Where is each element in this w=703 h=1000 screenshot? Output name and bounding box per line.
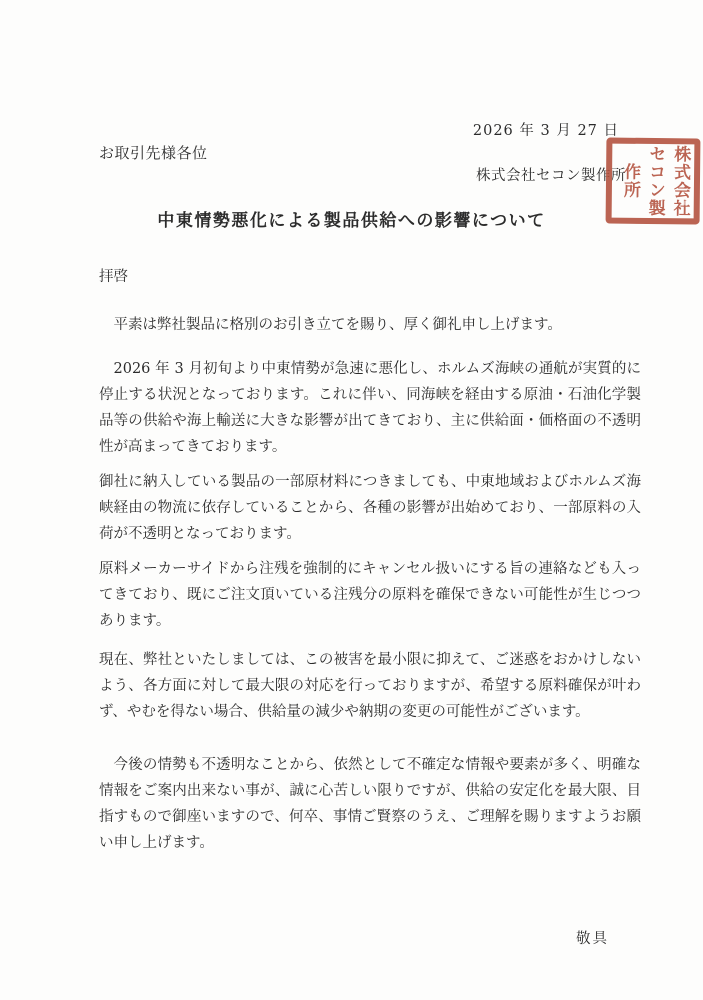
- closing-keigu: 敬具: [99, 926, 641, 952]
- sender-company-name: 株式会社セコン製作所: [476, 164, 626, 185]
- paragraph-response-measures: 現在、弊社といたしましては、この被害を最小限に抑えて、ご迷惑をおかけしないよう、…: [99, 647, 641, 725]
- paragraph-greeting: 平素は弊社製品に格別のお引き立てを賜り、厚く御礼申し上げます。: [99, 312, 641, 338]
- seal-text: 株式会社セコン製作所: [614, 145, 693, 218]
- paragraph-outlook-request: 今後の情勢も不透明なことから、依然として不確定な情報や要素が多く、明確な情報をご…: [99, 752, 641, 856]
- recipient: お取引先様各位: [99, 142, 208, 163]
- document-title: 中東情勢悪化による製品供給への影響について: [0, 206, 703, 231]
- letter-body: 拝啓 平素は弊社製品に格別のお引き立てを賜り、厚く御礼申し上げます。 2026 …: [99, 264, 641, 952]
- paragraph-order-cancellation: 原料メーカーサイドから注残を強制的にキャンセル扱いにする旨の連絡なども入ってきて…: [99, 556, 641, 634]
- company-seal-stamp: 株式会社セコン製作所: [606, 138, 701, 225]
- salutation: 拝啓: [99, 264, 641, 290]
- paragraph-materials-impact: 御社に納入している製品の一部原材料につきましても、中東地域およびホルムズ海峡経由…: [99, 469, 641, 547]
- document-date: 2026 年 3 月 27 日: [0, 119, 619, 140]
- paragraph-situation: 2026 年 3 月初旬より中東情勢が急速に悪化し、ホルムズ海峡の通航が実質的に…: [99, 356, 641, 460]
- letter-page: 2026 年 3 月 27 日 お取引先様各位 株式会社セコン製作所 株式会社セ…: [0, 0, 703, 1000]
